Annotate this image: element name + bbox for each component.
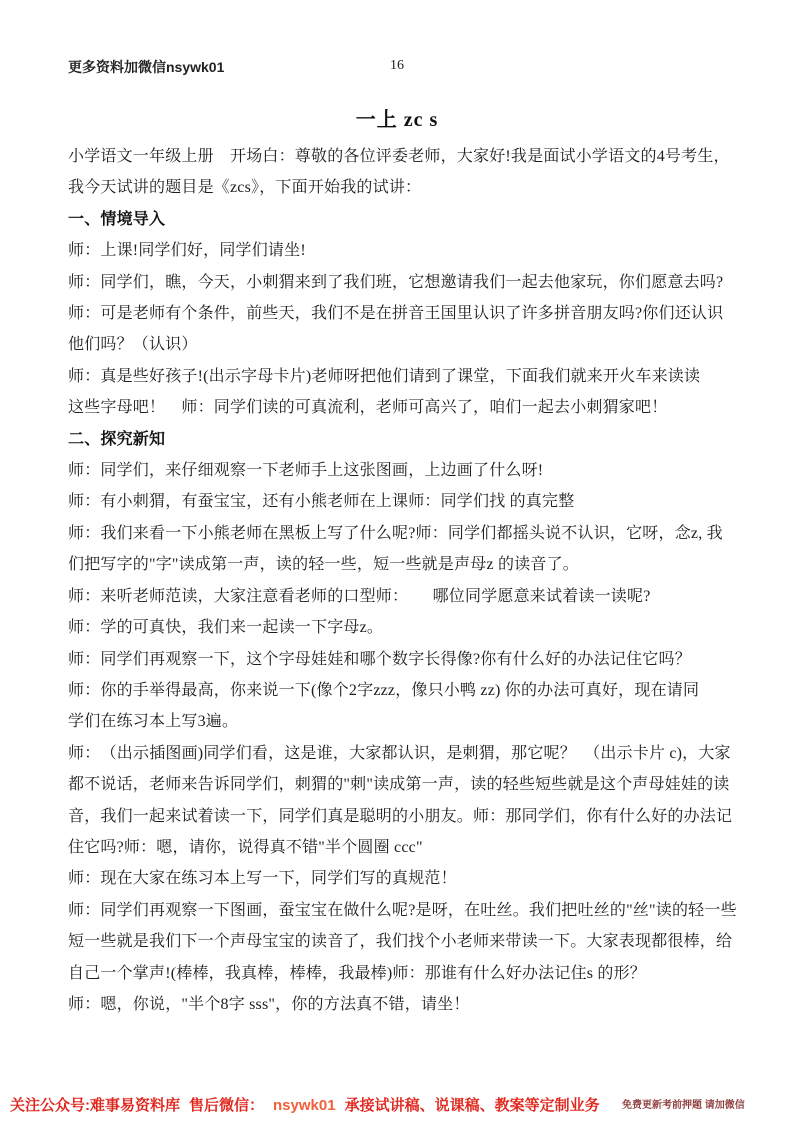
text-line: 师：同学们再观察一下，这个字母娃娃和哪个数字长得像?你有什么好的办法记住它吗？	[68, 644, 730, 675]
section-heading: 二、探究新知	[68, 424, 730, 455]
text-line: 师：真是些好孩子!(出示字母卡片)老师呀把他们请到了课堂，下面我们就来开火车来读…	[68, 361, 730, 392]
text-line: 住它吗?师：嗯，请你，说得真不错"半个圆圈 ccc"	[68, 832, 730, 863]
text-line: 师： （出示插图画)同学们看，这是谁，大家都认识，是刺猬，那它呢？ （出示卡片 …	[68, 738, 730, 769]
text-line: 师：来听老师范读，大家注意看老师的口型师： 哪位同学愿意来试着读一读呢?	[68, 581, 730, 612]
section-heading: 一、情境导入	[68, 204, 730, 235]
page-number: 16	[0, 58, 794, 74]
text-line: 短一些就是我们下一个声母宝宝的读音了，我们找个小老师来带读一下。大家表现都很棒，…	[68, 926, 730, 957]
text-line: 师：你的手举得最高，你来说一下(像个2字zzz，像只小鸭 zz) 你的办法可真好…	[68, 675, 730, 706]
text-line: 这些字母吧！ 师：同学们读的可真流利，老师可高兴了，咱们一起去小刺猬家吧！	[68, 392, 730, 423]
footer-promo-segment: 承接试讲稿、说课稿、教案等定制业务	[345, 1097, 600, 1114]
text-line: 师：有小刺猬，有蚕宝宝，还有小熊老师在上课师：同学们找 的真完整	[68, 486, 730, 517]
text-line: 师：同学们再观察一下图画，蚕宝宝在做什么呢?是呀，在吐丝。我们把吐丝的"丝"读的…	[68, 895, 730, 926]
text-line: 师：上课!同学们好，同学们请坐!	[68, 235, 730, 266]
footer-promo-segment: 关注公众号:难事易资料库	[10, 1097, 180, 1114]
text-line: 师：我们来看一下小熊老师在黑板上写了什么呢?师：同学们都摇头说不认识，它呀，念z…	[68, 518, 730, 549]
text-line: 师：现在大家在练习本上写一下，同学们写的真规范！	[68, 863, 730, 894]
document-page: 更多资料加微信nsywk01 16 一上 zc s 小学语文一年级上册 开场白：…	[0, 0, 794, 1122]
text-line: 们把写字的"字"读成第一声，读的轻一些，短一些就是声母z 的读音了。	[68, 549, 730, 580]
body-lines: 小学语文一年级上册 开场白：尊敬的各位评委老师，大家好!我是面试小学语文的4号考…	[68, 141, 730, 1020]
footer-promo: 关注公众号:难事易资料库售后微信：nsywk01承接试讲稿、说课稿、教案等定制业…	[10, 1094, 600, 1115]
text-line: 都不说话，老师来告诉同学们，刺猬的"刺"读成第一声，读的轻些短些就是这个声母娃娃…	[68, 769, 730, 800]
footer-promo-segment: 售后微信：	[189, 1097, 264, 1114]
text-line: 我今天试讲的题目是《zcs》，下面开始我的试讲：	[68, 172, 730, 203]
text-line: 音，我们一起来试着读一下，同学们真是聪明的小朋友。师：那同学们，你有什么好的办法…	[68, 801, 730, 832]
text-line: 师：同学们，来仔细观察一下老师手上这张图画，上边画了什么呀!	[68, 455, 730, 486]
text-line: 小学语文一年级上册 开场白：尊敬的各位评委老师，大家好!我是面试小学语文的4号考…	[68, 141, 730, 172]
text-line: 师：嗯，你说，"半个8字 sss"，你的方法真不错，请坐！	[68, 989, 730, 1020]
footer-promo-segment: nsywk01	[273, 1097, 336, 1114]
page-title: 一上 zc s	[0, 103, 794, 132]
text-line: 师：同学们，瞧，今天，小刺猬来到了我们班，它想邀请我们一起去他家玩，你们愿意去吗…	[68, 267, 730, 298]
text-line: 师：学的可真快，我们来一起读一下字母z。	[68, 612, 730, 643]
text-line: 自己一个掌声!(棒棒，我真棒，棒棒，我最棒)师：那谁有什么好办法记住s 的形？	[68, 958, 730, 989]
footer-note: 免费更新考前押题 请加微信	[622, 1096, 745, 1111]
text-line: 学们在练习本上写3遍。	[68, 706, 730, 737]
text-line: 他们吗？（认识）	[68, 329, 730, 360]
text-line: 师：可是老师有个条件，前些天，我们不是在拼音王国里认识了许多拼音朋友吗?你们还认…	[68, 298, 730, 329]
